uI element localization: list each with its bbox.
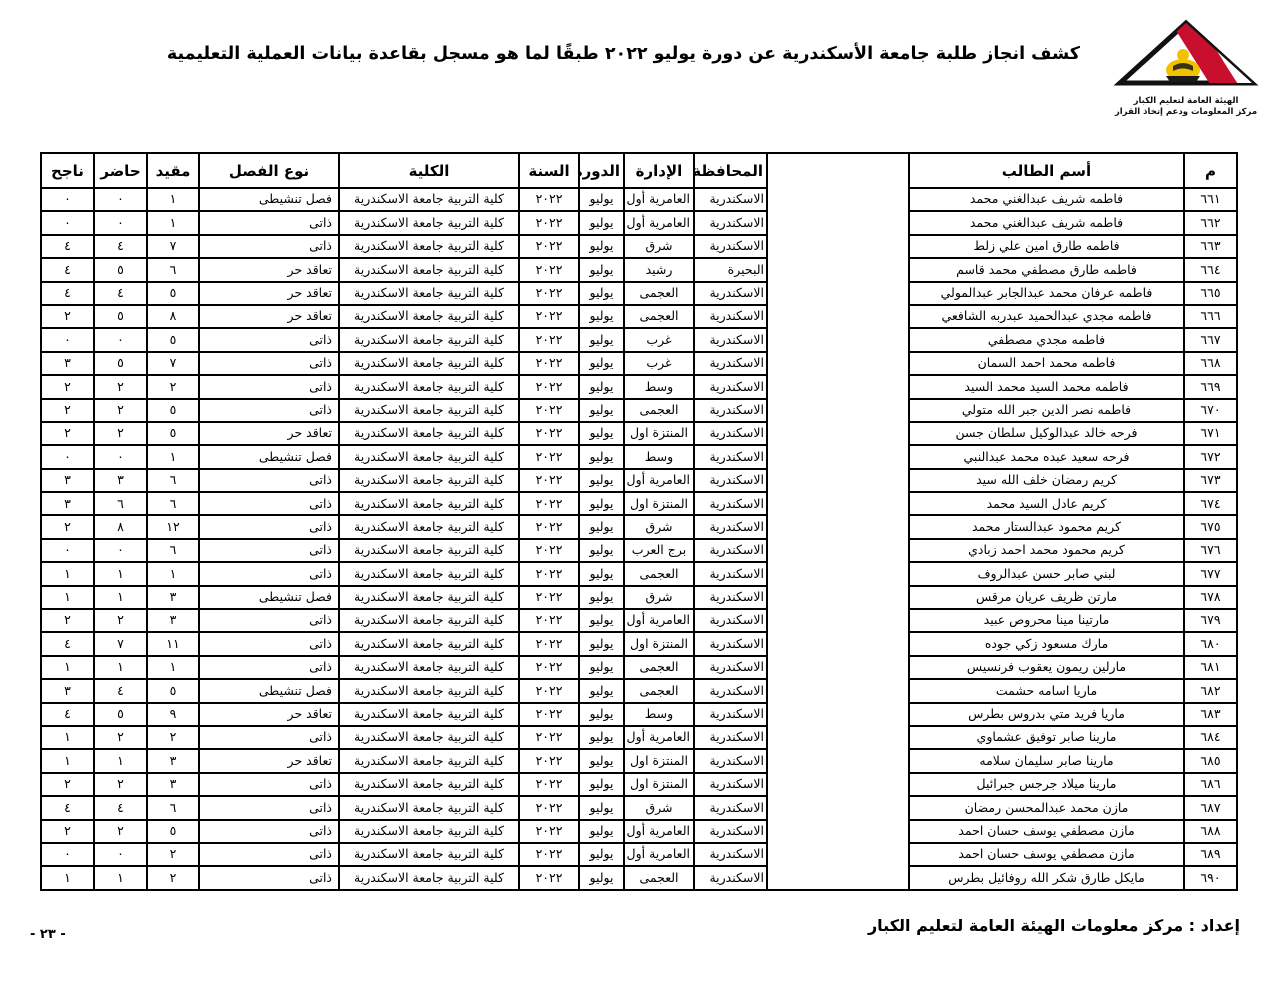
cell-administration: المنتزة اول — [624, 773, 694, 796]
logo-text-line1: الهيئة العامة لتعليم الكبار — [1098, 96, 1274, 107]
cell-student-name: كريم رمضان خلف الله سيد — [909, 469, 1184, 492]
cell-present: ٥ — [94, 305, 147, 328]
cell-session: يوليو — [579, 375, 624, 398]
cell-student-name: مازن مصطفي يوسف حسان احمد — [909, 820, 1184, 843]
spacer-cell — [767, 562, 909, 585]
cell-enrolled: ٢ — [147, 726, 199, 749]
cell-administration: المنتزة اول — [624, 492, 694, 515]
cell-passed: ٢ — [41, 305, 94, 328]
cell-session: يوليو — [579, 515, 624, 538]
cell-no: ٦٨٨ — [1184, 820, 1237, 843]
cell-session: يوليو — [579, 305, 624, 328]
cell-year: ٢٠٢٢ — [519, 866, 579, 889]
cell-present: ١ — [94, 586, 147, 609]
cell-administration: العامرية أول — [624, 843, 694, 866]
cell-governorate: الاسكندرية — [694, 305, 767, 328]
cell-student-name: مارتن ظريف عريان مرقس — [909, 586, 1184, 609]
table-row: ٦٦١فاطمه شريف عبدالغني محمدالاسكندريةالع… — [41, 188, 1237, 211]
cell-passed: ٣ — [41, 469, 94, 492]
cell-year: ٢٠٢٢ — [519, 515, 579, 538]
cell-student-name: مارينا صابر سليمان سلامه — [909, 749, 1184, 772]
spacer-cell — [767, 843, 909, 866]
cell-no: ٦٦٣ — [1184, 235, 1237, 258]
cell-no: ٦٦٥ — [1184, 282, 1237, 305]
cell-administration: العامرية أول — [624, 820, 694, 843]
table-row: ٦٦٢فاطمه شريف عبدالغني محمدالاسكندريةالع… — [41, 211, 1237, 234]
cell-college: كلية التربية جامعة الاسكندرية — [339, 445, 519, 468]
cell-year: ٢٠٢٢ — [519, 258, 579, 281]
spacer-cell — [767, 492, 909, 515]
cell-college: كلية التربية جامعة الاسكندرية — [339, 866, 519, 889]
cell-student-name: فاطمه نصر الدين جبر الله متولي — [909, 399, 1184, 422]
table-row: ٦٩٠مايكل طارق شكر الله روفائيل بطرسالاسك… — [41, 866, 1237, 889]
students-table: م أسم الطالب المحافظة الإدارة الدورة الس… — [40, 152, 1238, 891]
cell-present: ١ — [94, 656, 147, 679]
cell-governorate: الاسكندرية — [694, 539, 767, 562]
cell-present: ٠ — [94, 843, 147, 866]
cell-administration: العجمى — [624, 399, 694, 422]
cell-year: ٢٠٢٢ — [519, 282, 579, 305]
page-title: كشف انجاز طلبة جامعة الأسكندرية عن دورة … — [210, 44, 1080, 64]
cell-year: ٢٠٢٢ — [519, 562, 579, 585]
cell-governorate: الاسكندرية — [694, 796, 767, 819]
cell-year: ٢٠٢٢ — [519, 773, 579, 796]
table-row: ٦٦٨فاطمه محمد احمد السمانالاسكندريةغربيو… — [41, 352, 1237, 375]
cell-administration: العامرية أول — [624, 211, 694, 234]
header-college: الكلية — [339, 153, 519, 188]
cell-session: يوليو — [579, 656, 624, 679]
cell-year: ٢٠٢٢ — [519, 399, 579, 422]
cell-class-type: ذاتى — [199, 773, 339, 796]
cell-present: ٨ — [94, 515, 147, 538]
cell-administration: رشيد — [624, 258, 694, 281]
cell-governorate: الاسكندرية — [694, 469, 767, 492]
spacer-cell — [767, 679, 909, 702]
cell-class-type: ذاتى — [199, 328, 339, 351]
cell-governorate: الاسكندرية — [694, 609, 767, 632]
cell-present: ٠ — [94, 328, 147, 351]
spacer-cell — [767, 235, 909, 258]
cell-present: ٢ — [94, 422, 147, 445]
cell-student-name: فاطمه محمد السيد محمد السيد — [909, 375, 1184, 398]
cell-governorate: الاسكندرية — [694, 656, 767, 679]
cell-student-name: كريم عادل السيد محمد — [909, 492, 1184, 515]
cell-college: كلية التربية جامعة الاسكندرية — [339, 305, 519, 328]
cell-college: كلية التربية جامعة الاسكندرية — [339, 609, 519, 632]
cell-student-name: مايكل طارق شكر الله روفائيل بطرس — [909, 866, 1184, 889]
cell-no: ٦٧٩ — [1184, 609, 1237, 632]
cell-college: كلية التربية جامعة الاسكندرية — [339, 492, 519, 515]
cell-enrolled: ١ — [147, 211, 199, 234]
cell-college: كلية التربية جامعة الاسكندرية — [339, 539, 519, 562]
cell-session: يوليو — [579, 749, 624, 772]
cell-enrolled: ٥ — [147, 328, 199, 351]
cell-governorate: الاسكندرية — [694, 866, 767, 889]
cell-governorate: الاسكندرية — [694, 399, 767, 422]
spacer-cell — [767, 445, 909, 468]
cell-passed: ٤ — [41, 258, 94, 281]
cell-student-name: فاطمه شريف عبدالغني محمد — [909, 211, 1184, 234]
cell-no: ٦٨١ — [1184, 656, 1237, 679]
cell-college: كلية التربية جامعة الاسكندرية — [339, 773, 519, 796]
spacer-cell — [767, 749, 909, 772]
cell-enrolled: ٥ — [147, 820, 199, 843]
cell-class-type: ذاتى — [199, 375, 339, 398]
cell-governorate: الاسكندرية — [694, 820, 767, 843]
cell-college: كلية التربية جامعة الاسكندرية — [339, 235, 519, 258]
cell-college: كلية التربية جامعة الاسكندرية — [339, 258, 519, 281]
cell-present: ٥ — [94, 352, 147, 375]
table-row: ٦٨٩مازن مصطفي يوسف حسان احمدالاسكندريةال… — [41, 843, 1237, 866]
cell-no: ٦٦٤ — [1184, 258, 1237, 281]
cell-administration: برج العرب — [624, 539, 694, 562]
cell-student-name: مازن محمد عبدالمحسن رمضان — [909, 796, 1184, 819]
cell-year: ٢٠٢٢ — [519, 352, 579, 375]
cell-governorate: الاسكندرية — [694, 328, 767, 351]
cell-enrolled: ٦ — [147, 492, 199, 515]
cell-administration: شرق — [624, 515, 694, 538]
cell-administration: المنتزة اول — [624, 422, 694, 445]
cell-present: ٢ — [94, 399, 147, 422]
cell-year: ٢٠٢٢ — [519, 492, 579, 515]
cell-present: ٥ — [94, 703, 147, 726]
cell-session: يوليو — [579, 726, 624, 749]
cell-student-name: مارلين ريمون يعقوب فرنسيس — [909, 656, 1184, 679]
cell-passed: ٤ — [41, 796, 94, 819]
cell-administration: العجمى — [624, 656, 694, 679]
cell-enrolled: ٢ — [147, 375, 199, 398]
cell-enrolled: ٥ — [147, 422, 199, 445]
cell-passed: ٠ — [41, 211, 94, 234]
table-row: ٦٨٣ماريا فريد متي بدروس بطرسالاسكندريةوس… — [41, 703, 1237, 726]
cell-passed: ١ — [41, 562, 94, 585]
cell-enrolled: ٣ — [147, 609, 199, 632]
cell-class-type: ذاتى — [199, 211, 339, 234]
cell-enrolled: ٥ — [147, 399, 199, 422]
cell-present: ١ — [94, 562, 147, 585]
cell-year: ٢٠٢٢ — [519, 656, 579, 679]
table-row: ٦٨٨مازن مصطفي يوسف حسان احمدالاسكندريةال… — [41, 820, 1237, 843]
cell-session: يوليو — [579, 773, 624, 796]
cell-passed: ٠ — [41, 328, 94, 351]
cell-enrolled: ٦ — [147, 539, 199, 562]
cell-present: ٤ — [94, 282, 147, 305]
cell-session: يوليو — [579, 796, 624, 819]
cell-present: ٥ — [94, 258, 147, 281]
cell-passed: ٢ — [41, 515, 94, 538]
cell-passed: ٠ — [41, 188, 94, 211]
cell-class-type: ذاتى — [199, 235, 339, 258]
spacer-cell — [767, 726, 909, 749]
cell-student-name: فاطمه مجدي عبدالحميد عبدربه الشافعي — [909, 305, 1184, 328]
cell-student-name: مارك مسعود زكي جوده — [909, 632, 1184, 655]
cell-session: يوليو — [579, 399, 624, 422]
table-row: ٦٨٢ماريا اسامه حشمتالاسكندريةالعجمىيوليو… — [41, 679, 1237, 702]
cell-session: يوليو — [579, 843, 624, 866]
cell-year: ٢٠٢٢ — [519, 235, 579, 258]
spacer-cell — [767, 586, 909, 609]
cell-class-type: فصل تنشيطى — [199, 445, 339, 468]
cell-governorate: الاسكندرية — [694, 492, 767, 515]
cell-session: يوليو — [579, 469, 624, 492]
cell-administration: شرق — [624, 796, 694, 819]
cell-class-type: ذاتى — [199, 726, 339, 749]
cell-class-type: ذاتى — [199, 399, 339, 422]
table-row: ٦٧٩مارتينا مينا محروص عبيدالاسكندريةالعا… — [41, 609, 1237, 632]
cell-administration: العجمى — [624, 679, 694, 702]
cell-year: ٢٠٢٢ — [519, 679, 579, 702]
spacer-cell — [767, 539, 909, 562]
cell-passed: ١ — [41, 749, 94, 772]
cell-student-name: فرحه خالد عبدالوكيل سلطان جسن — [909, 422, 1184, 445]
cell-year: ٢٠٢٢ — [519, 726, 579, 749]
cell-no: ٦٧٠ — [1184, 399, 1237, 422]
cell-student-name: مارتينا مينا محروص عبيد — [909, 609, 1184, 632]
cell-class-type: ذاتى — [199, 515, 339, 538]
spacer-cell — [767, 282, 909, 305]
cell-student-name: مازن مصطفي يوسف حسان احمد — [909, 843, 1184, 866]
cell-class-type: ذاتى — [199, 866, 339, 889]
cell-passed: ١ — [41, 656, 94, 679]
cell-governorate: الاسكندرية — [694, 562, 767, 585]
cell-administration: غرب — [624, 328, 694, 351]
cell-passed: ١ — [41, 726, 94, 749]
table-row: ٦٨١مارلين ريمون يعقوب فرنسيسالاسكندريةال… — [41, 656, 1237, 679]
header-present: حاضر — [94, 153, 147, 188]
cell-no: ٦٦٢ — [1184, 211, 1237, 234]
cell-administration: العامرية أول — [624, 469, 694, 492]
cell-present: ٢ — [94, 773, 147, 796]
cell-passed: ٤ — [41, 235, 94, 258]
table-row: ٦٧٢فرحه سعيد عبده محمد عبدالنبيالاسكندري… — [41, 445, 1237, 468]
table-row: ٦٨٧مازن محمد عبدالمحسن رمضانالاسكندريةشر… — [41, 796, 1237, 819]
cell-class-type: ذاتى — [199, 562, 339, 585]
logo-text-line2: مركز المعلومات ودعم إتخاذ القرار — [1098, 107, 1274, 118]
table-row: ٦٧٧لبني صابر حسن عبدالروفالاسكندريةالعجم… — [41, 562, 1237, 585]
cell-college: كلية التربية جامعة الاسكندرية — [339, 703, 519, 726]
cell-no: ٦٧١ — [1184, 422, 1237, 445]
cell-administration: العجمى — [624, 866, 694, 889]
cell-present: ٢ — [94, 820, 147, 843]
cell-administration: وسط — [624, 445, 694, 468]
table-row: ٦٦٦فاطمه مجدي عبدالحميد عبدربه الشافعيال… — [41, 305, 1237, 328]
cell-year: ٢٠٢٢ — [519, 211, 579, 234]
header-spacer-cell — [767, 153, 909, 188]
cell-student-name: فاطمه محمد احمد السمان — [909, 352, 1184, 375]
cell-enrolled: ٣ — [147, 773, 199, 796]
cell-passed: ٢ — [41, 399, 94, 422]
cell-administration: غرب — [624, 352, 694, 375]
cell-class-type: ذاتى — [199, 609, 339, 632]
cell-governorate: الاسكندرية — [694, 515, 767, 538]
cell-year: ٢٠٢٢ — [519, 749, 579, 772]
cell-student-name: ماريا اسامه حشمت — [909, 679, 1184, 702]
cell-governorate: الاسكندرية — [694, 773, 767, 796]
cell-no: ٦٦٧ — [1184, 328, 1237, 351]
table-row: ٦٦٥فاطمه عرفان محمد عبدالجابر عبدالموليا… — [41, 282, 1237, 305]
cell-governorate: الاسكندرية — [694, 188, 767, 211]
authority-logo: الهيئة العامة لتعليم الكبار مركز المعلوم… — [1098, 18, 1274, 117]
cell-governorate: الاسكندرية — [694, 586, 767, 609]
cell-enrolled: ١٢ — [147, 515, 199, 538]
cell-administration: العجمى — [624, 562, 694, 585]
cell-student-name: فرحه سعيد عبده محمد عبدالنبي — [909, 445, 1184, 468]
cell-year: ٢٠٢٢ — [519, 469, 579, 492]
spacer-cell — [767, 796, 909, 819]
header-passed: ناجح — [41, 153, 94, 188]
spacer-cell — [767, 399, 909, 422]
cell-administration: العجمى — [624, 282, 694, 305]
cell-class-type: ذاتى — [199, 632, 339, 655]
cell-governorate: الاسكندرية — [694, 282, 767, 305]
pyramid-flag-logo-icon — [1111, 18, 1261, 92]
cell-present: ١ — [94, 866, 147, 889]
cell-present: ٠ — [94, 445, 147, 468]
cell-student-name: فاطمه شريف عبدالغني محمد — [909, 188, 1184, 211]
cell-year: ٢٠٢٢ — [519, 843, 579, 866]
cell-session: يوليو — [579, 609, 624, 632]
cell-student-name: فاطمه طارق مصطفي محمد قاسم — [909, 258, 1184, 281]
footer-prepared-by: إعداد : مركز معلومات الهيئة العامة لتعلي… — [868, 916, 1240, 935]
cell-passed: ٢ — [41, 773, 94, 796]
cell-college: كلية التربية جامعة الاسكندرية — [339, 679, 519, 702]
cell-passed: ٠ — [41, 445, 94, 468]
cell-passed: ٣ — [41, 679, 94, 702]
footer-page-number: - ٢٣ - — [30, 927, 66, 942]
cell-administration: شرق — [624, 235, 694, 258]
cell-present: ٠ — [94, 211, 147, 234]
header-enrolled: مقيد — [147, 153, 199, 188]
cell-college: كلية التربية جامعة الاسكندرية — [339, 796, 519, 819]
header-governorate: المحافظة — [694, 153, 767, 188]
spacer-cell — [767, 469, 909, 492]
cell-class-type: فصل تنشيطى — [199, 586, 339, 609]
cell-enrolled: ٥ — [147, 679, 199, 702]
table-row: ٦٧٠فاطمه نصر الدين جبر الله متوليالاسكند… — [41, 399, 1237, 422]
cell-enrolled: ٩ — [147, 703, 199, 726]
cell-class-type: ذاتى — [199, 352, 339, 375]
cell-no: ٦٧٢ — [1184, 445, 1237, 468]
cell-enrolled: ٨ — [147, 305, 199, 328]
cell-student-name: لبني صابر حسن عبدالروف — [909, 562, 1184, 585]
cell-college: كلية التربية جامعة الاسكندرية — [339, 749, 519, 772]
cell-year: ٢٠٢٢ — [519, 305, 579, 328]
cell-governorate: الاسكندرية — [694, 445, 767, 468]
cell-enrolled: ٧ — [147, 352, 199, 375]
table-row: ٦٨٤مارينا صابر توفيق عشماويالاسكندريةالع… — [41, 726, 1237, 749]
cell-session: يوليو — [579, 282, 624, 305]
table-row: ٦٧٨مارتن ظريف عريان مرقسالاسكندريةشرقيول… — [41, 586, 1237, 609]
cell-administration: العامرية أول — [624, 609, 694, 632]
cell-college: كلية التربية جامعة الاسكندرية — [339, 562, 519, 585]
cell-governorate: الاسكندرية — [694, 632, 767, 655]
spacer-cell — [767, 188, 909, 211]
cell-college: كلية التربية جامعة الاسكندرية — [339, 282, 519, 305]
cell-governorate: الاسكندرية — [694, 422, 767, 445]
cell-no: ٦٨٥ — [1184, 749, 1237, 772]
cell-year: ٢٠٢٢ — [519, 375, 579, 398]
cell-year: ٢٠٢٢ — [519, 328, 579, 351]
cell-year: ٢٠٢٢ — [519, 796, 579, 819]
cell-session: يوليو — [579, 586, 624, 609]
spacer-cell — [767, 352, 909, 375]
cell-college: كلية التربية جامعة الاسكندرية — [339, 632, 519, 655]
cell-passed: ٤ — [41, 632, 94, 655]
cell-passed: ٣ — [41, 352, 94, 375]
cell-governorate: الاسكندرية — [694, 749, 767, 772]
spacer-cell — [767, 258, 909, 281]
cell-enrolled: ١ — [147, 562, 199, 585]
cell-governorate: البحيرة — [694, 258, 767, 281]
cell-governorate: الاسكندرية — [694, 679, 767, 702]
cell-enrolled: ١ — [147, 188, 199, 211]
cell-enrolled: ٢ — [147, 866, 199, 889]
cell-no: ٦٧٥ — [1184, 515, 1237, 538]
cell-present: ٠ — [94, 188, 147, 211]
header-class-type: نوع الفصل — [199, 153, 339, 188]
cell-present: ٠ — [94, 539, 147, 562]
report-page: الهيئة العامة لتعليم الكبار مركز المعلوم… — [0, 0, 1280, 989]
cell-session: يوليو — [579, 422, 624, 445]
spacer-cell — [767, 515, 909, 538]
cell-present: ٧ — [94, 632, 147, 655]
table-row: ٦٧١فرحه خالد عبدالوكيل سلطان جسنالاسكندر… — [41, 422, 1237, 445]
cell-session: يوليو — [579, 235, 624, 258]
cell-enrolled: ١ — [147, 656, 199, 679]
cell-passed: ٢ — [41, 609, 94, 632]
header-student-name: أسم الطالب — [909, 153, 1184, 188]
cell-class-type: ذاتى — [199, 492, 339, 515]
spacer-cell — [767, 305, 909, 328]
table-row: ٦٧٥كريم محمود عبدالستار محمدالاسكندريةشر… — [41, 515, 1237, 538]
header-no: م — [1184, 153, 1237, 188]
cell-class-type: فصل تنشيطى — [199, 188, 339, 211]
cell-student-name: ماريا فريد متي بدروس بطرس — [909, 703, 1184, 726]
cell-college: كلية التربية جامعة الاسكندرية — [339, 352, 519, 375]
cell-present: ٤ — [94, 235, 147, 258]
cell-enrolled: ٥ — [147, 282, 199, 305]
cell-no: ٦٦٩ — [1184, 375, 1237, 398]
cell-administration: العامرية أول — [624, 726, 694, 749]
cell-year: ٢٠٢٢ — [519, 632, 579, 655]
cell-present: ١ — [94, 749, 147, 772]
cell-session: يوليو — [579, 820, 624, 843]
cell-college: كلية التربية جامعة الاسكندرية — [339, 328, 519, 351]
cell-session: يوليو — [579, 562, 624, 585]
cell-college: كلية التربية جامعة الاسكندرية — [339, 820, 519, 843]
cell-student-name: فاطمه عرفان محمد عبدالجابر عبدالمولي — [909, 282, 1184, 305]
cell-administration: العجمى — [624, 305, 694, 328]
cell-governorate: الاسكندرية — [694, 703, 767, 726]
cell-class-type: ذاتى — [199, 820, 339, 843]
cell-no: ٦٨٠ — [1184, 632, 1237, 655]
cell-passed: ٢ — [41, 820, 94, 843]
cell-class-type: ذاتى — [199, 539, 339, 562]
cell-present: ٢ — [94, 375, 147, 398]
cell-no: ٦٧٣ — [1184, 469, 1237, 492]
cell-session: يوليو — [579, 188, 624, 211]
cell-college: كلية التربية جامعة الاسكندرية — [339, 375, 519, 398]
cell-year: ٢٠٢٢ — [519, 820, 579, 843]
table-row: ٦٨٥مارينا صابر سليمان سلامهالاسكندريةالم… — [41, 749, 1237, 772]
cell-passed: ١ — [41, 866, 94, 889]
cell-enrolled: ٢ — [147, 843, 199, 866]
cell-student-name: كريم محمود عبدالستار محمد — [909, 515, 1184, 538]
cell-session: يوليو — [579, 352, 624, 375]
table-header-row: م أسم الطالب المحافظة الإدارة الدورة الس… — [41, 153, 1237, 188]
cell-student-name: فاطمه مجدي مصطفي — [909, 328, 1184, 351]
spacer-cell — [767, 656, 909, 679]
